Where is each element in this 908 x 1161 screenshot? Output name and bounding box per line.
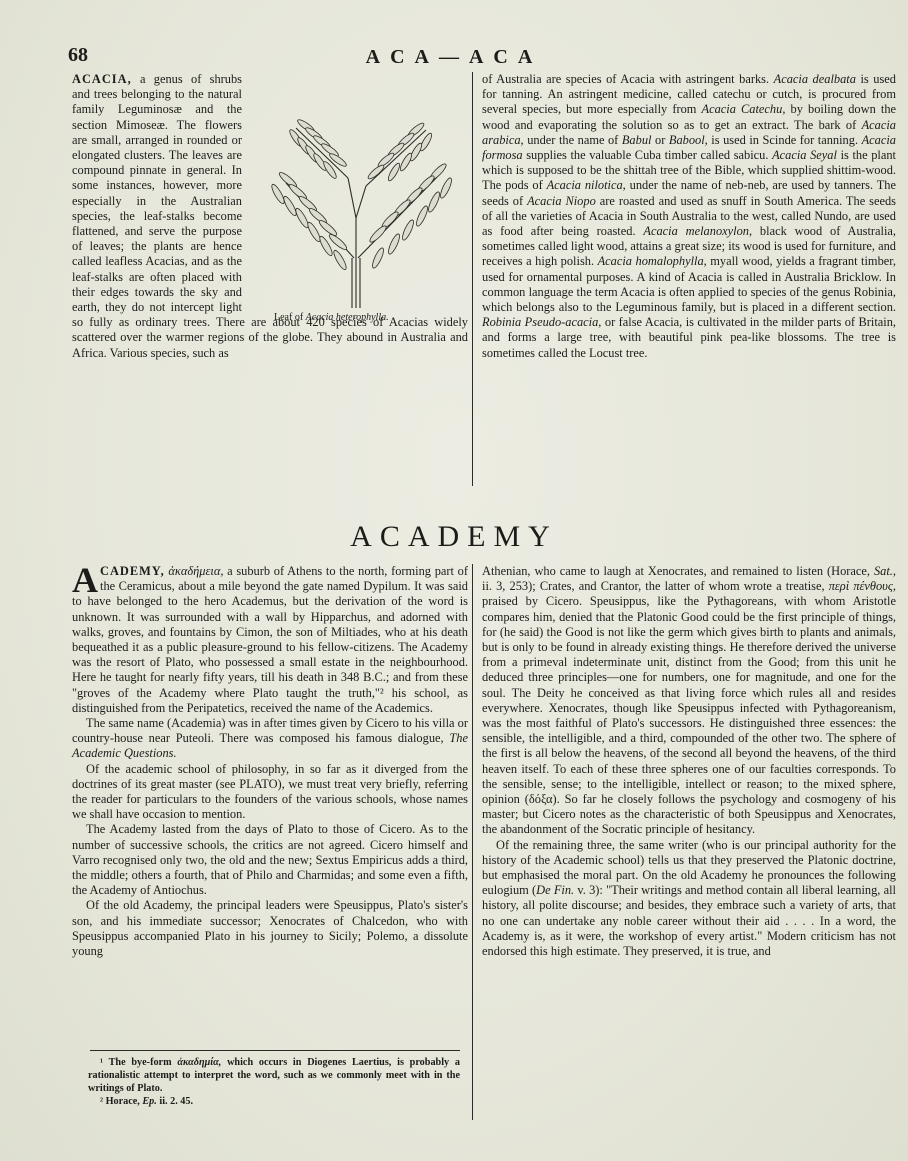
running-head: ACA—ACA: [0, 46, 908, 69]
work-title: Ep.: [142, 1096, 156, 1107]
text-run: ii. 2. 45.: [157, 1096, 193, 1107]
text-run: The same name (Academia) was in after ti…: [72, 716, 468, 745]
academy-paragraph: Of the old Academy, the principal leader…: [72, 898, 468, 959]
work-title: Sat.,: [874, 564, 896, 578]
text-run: under the name of: [524, 133, 622, 147]
drop-cap: A: [72, 566, 98, 594]
academy-paragraph: The same name (Academia) was in after ti…: [72, 716, 468, 762]
species-name: Acacia Catechu,: [702, 102, 786, 116]
column-divider: [472, 72, 473, 486]
footnotes: ¹ The bye-form ἀκαδημία, which occurs in…: [88, 1056, 460, 1108]
text-run: Athenian, who came to laugh at Xenocrate…: [482, 564, 874, 578]
text-run: supplies the valuable Cuba timber called…: [523, 148, 772, 162]
greek-word: περὶ πένθους,: [829, 579, 896, 593]
species-name: Robinia Pseudo-acacia,: [482, 315, 601, 329]
text-run: ii. 3, 253); Crates, and Crantor, the la…: [482, 579, 829, 593]
greek-word: ἀκαδημία,: [177, 1057, 221, 1068]
acacia-continued-paragraph: of Australia are species of Acacia with …: [482, 72, 896, 361]
acacia-right-column: of Australia are species of Acacia with …: [482, 72, 896, 361]
academy-paragraph: The Academy lasted from the days of Plat…: [72, 822, 468, 898]
species-name: Acacia dealbata: [774, 72, 856, 86]
text-run: ¹ The bye-form: [100, 1057, 177, 1068]
species-name: Acacia Seyal: [772, 148, 837, 162]
caption-text: Leaf of: [274, 312, 306, 323]
academy-paragraph: ACADEMY, ἀκαδήμεια, a suburb of Athens t…: [72, 564, 468, 716]
footnote-1: ¹ The bye-form ἀκαδημία, which occurs in…: [88, 1056, 460, 1095]
text-run: of Australia are species of Acacia with …: [482, 72, 774, 86]
entry-headword: ACACIA,: [72, 72, 132, 86]
section-title-academy: ACADEMY: [0, 520, 908, 554]
academy-left-column: ACADEMY, ἀκαδήμεια, a suburb of Athens t…: [72, 564, 468, 959]
academy-paragraph: Of the remaining three, the same writer …: [482, 838, 896, 960]
caption-species: Acacia heterophylla.: [306, 312, 389, 323]
acacia-leaf-illustration-icon: [256, 108, 456, 308]
academy-paragraph: Athenian, who came to laugh at Xenocrate…: [482, 564, 896, 838]
species-name: Acacia Niopo: [527, 194, 596, 208]
greek-word: ἀκαδήμεια,: [165, 564, 224, 578]
species-name: Babool,: [669, 133, 708, 147]
acacia-figure: Leaf of Acacia heterophylla.: [250, 108, 465, 326]
academy-paragraph: Of the academic school of philosophy, in…: [72, 762, 468, 823]
text-run: a suburb of Athens to the north, forming…: [72, 564, 468, 715]
column-divider: [472, 564, 473, 1120]
work-title: De Fin.: [536, 883, 574, 897]
footnote-divider: [90, 1050, 460, 1051]
text-run: praised by Cicero. Speusippus, like the …: [482, 594, 896, 836]
species-name: Acacia melanoxylon,: [643, 224, 752, 238]
encyclopedia-page: 68 ACA—ACA ACACIA, a genus of shrubs and…: [0, 0, 908, 1161]
species-name: Acacia nilotica,: [547, 178, 626, 192]
entry-headword: CADEMY,: [100, 564, 165, 578]
species-name: Babul: [622, 133, 652, 147]
text-run: or: [651, 133, 668, 147]
text-run: ² Horace,: [100, 1096, 142, 1107]
text-run: is used in Scinde for tanning.: [708, 133, 862, 147]
figure-caption: Leaf of Acacia heterophylla.: [274, 312, 389, 323]
species-name: Acacia homalophylla,: [598, 254, 707, 268]
academy-right-column: Athenian, who came to laugh at Xenocrate…: [482, 564, 896, 959]
footnote-2: ² Horace, Ep. ii. 2. 45.: [88, 1095, 460, 1108]
